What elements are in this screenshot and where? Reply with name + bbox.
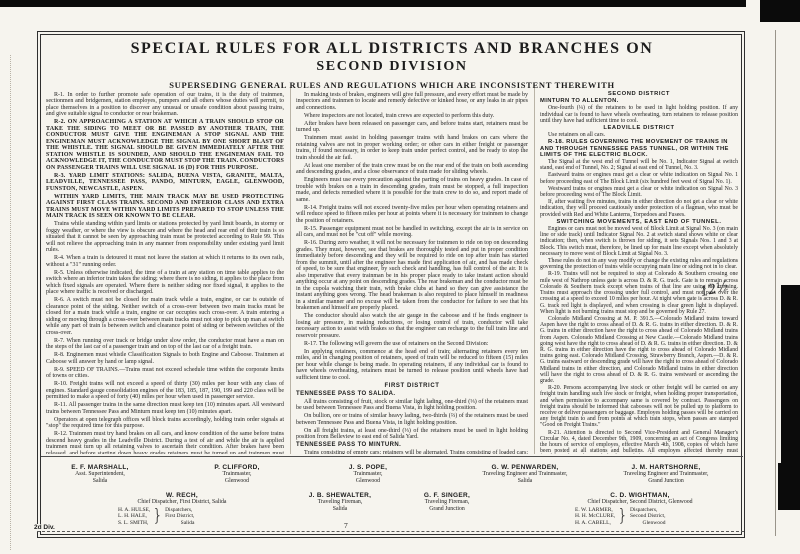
scan-artifact-top-bar — [0, 0, 746, 7]
segment-subheading: TENNESSEE PASS TO MINTURN. — [296, 442, 528, 449]
signature-name: E. F. MARSHALL, — [71, 464, 129, 471]
dispatcher-group-location: Salida — [165, 520, 194, 526]
rule-paragraph: R-1. In order to further promote safe op… — [46, 92, 284, 118]
signature-name: J. B. SHEWALTER, — [309, 492, 371, 499]
signature-location: Salida — [309, 506, 371, 513]
signature-title: Chief Dispatcher, First District, Salida — [138, 499, 227, 506]
rule-paragraph: In applying retainers, commence at the h… — [296, 349, 528, 382]
column-right: SECOND DISTRICT MINTURN TO ALLENTON. One… — [540, 90, 738, 454]
column-divider-left — [290, 88, 291, 454]
signature-name: P. CLIFFORD, — [214, 464, 259, 471]
rule-paragraph: R-6. A switch must not be closed for mai… — [46, 297, 284, 336]
signature-name: C. D. WIGHTMAN, — [587, 492, 692, 499]
signature-block: E. F. MARSHALL, Asst. Superintendent, Sa… — [71, 464, 129, 485]
signature-name: G. W. PENWARDEN, — [483, 464, 568, 471]
rule-paragraph: Engineers must use every precaution agai… — [296, 177, 528, 203]
rule-paragraph: R-4. When a train is detoured it must no… — [46, 255, 284, 268]
dispatcher-group-label: First District, — [165, 513, 194, 519]
dispatcher-name: S. L. SMITH, — [118, 520, 150, 526]
signature-location: Salida — [71, 478, 129, 485]
rule-paragraph: R-10. Freight trains will not exceed a s… — [46, 381, 284, 401]
scan-artifact-corner-blob — [760, 0, 800, 22]
rule-paragraph: R-8. Enginemen must whistle Classificati… — [46, 352, 284, 365]
rule-paragraph: R-16. During zero weather, it will not b… — [296, 240, 528, 312]
signature-block: W. RECH, Chief Dispatcher, First Distric… — [138, 492, 227, 506]
scan-left-dotted-line — [10, 55, 11, 550]
rule-paragraph: One-fourth (¼) of the retainers to be us… — [540, 105, 738, 124]
brace-glyph: } — [152, 513, 163, 519]
signature-location: Grand Junction — [424, 506, 470, 513]
rule-paragraph: R-21. Attention is directed to Second Vi… — [540, 430, 738, 454]
signature-location: Salida — [483, 478, 568, 485]
rule-paragraph: On all freight trains, at least one-thir… — [296, 428, 528, 441]
brace-glyph: } — [617, 513, 628, 519]
page-subtitle: SUPERSEDING GENERAL RULES AND REGULATION… — [41, 80, 743, 90]
signature-divider-rule — [41, 456, 743, 457]
district-heading: FIRST DISTRICT — [296, 383, 528, 390]
column-divider-right — [534, 88, 535, 454]
signature-block: J. M. HARTSHORNE, Traveling Engineer and… — [624, 464, 709, 485]
rule-paragraph: R-7. When running over track or bridge u… — [46, 338, 284, 351]
signature-name: J. M. HARTSHORNE, — [624, 464, 709, 471]
dispatcher-group-location: Glenwood — [630, 520, 665, 526]
rule-paragraph: Trains consisting of empty cars; retaine… — [296, 450, 528, 454]
signature-block: G. F. SINGER, Traveling Fireman, Grand J… — [424, 492, 470, 513]
district-heading: LEADVILLE DISTRICT — [540, 125, 738, 131]
rule-paragraph: R-5. Unless otherwise indicated, the tim… — [46, 270, 284, 296]
rule-paragraph: R-11. All passenger trains in the same d… — [46, 402, 284, 415]
signature-title: Traveling Fireman, — [424, 499, 470, 506]
rule-paragraph: If, after waiting five minutes, trains i… — [540, 199, 738, 218]
rule-paragraph: Trains while standing within yard limits… — [46, 221, 284, 254]
rule-paragraph: Where inspectors are not located, train … — [296, 113, 528, 120]
signature-block: J. S. POPE, Trainmaster, Glenwood — [349, 464, 387, 485]
dispatcher-name: H. A. CABELL, — [575, 520, 615, 526]
scan-edge-line — [775, 30, 776, 536]
signature-name: G. F. SINGER, — [424, 492, 470, 499]
signature-title: Traveling Engineer and Trainmaster, — [483, 471, 568, 478]
rule-paragraph-caps: WITHIN YARD LIMITS, THE MAIN TRACK MAY B… — [46, 194, 284, 220]
rule-paragraph: R-15. Passenger equipment must not be ha… — [296, 226, 528, 239]
rule-paragraph: Westward trains or engines must get a cl… — [540, 186, 738, 198]
rule-paragraph: R-20. Persons accompanying live stock or… — [540, 385, 738, 428]
signature-block: C. D. WIGHTMAN, Chief Dispatcher, Second… — [587, 492, 692, 506]
signature-location: Glenwood — [214, 478, 259, 485]
signature-title: Chief Dispatcher, Second District, Glenw… — [587, 499, 692, 506]
rule-paragraph-caps: R-2. ON APPROACHING A STATION AT WHICH A… — [46, 119, 284, 171]
signature-location: Grand Junction — [624, 478, 709, 485]
signature-location: Glenwood — [349, 478, 387, 485]
rule-paragraph: Operators at open telegraph offices will… — [46, 417, 284, 430]
district-heading: SECOND DISTRICT — [540, 91, 738, 97]
signature-title: Traveling Engineer and Trainmaster, — [624, 471, 709, 478]
rule-paragraph: R-19. Trains will not be required to sto… — [540, 271, 738, 314]
dispatcher-name: L. H. HALE, — [118, 513, 150, 519]
rule-paragraph: Eastward trains or engines must get a cl… — [540, 172, 738, 184]
rule-paragraph: All trains consisting of fruit, stock or… — [296, 399, 528, 412]
signature-title: Trainmaster, — [349, 471, 387, 478]
page-title-line1: SPECIAL RULES FOR ALL DISTRICTS AND BRAN… — [41, 40, 743, 58]
footer-dashed-rule — [37, 531, 744, 532]
rule-paragraph: These rules do not in any way modify or … — [540, 258, 738, 270]
rule-paragraph: Trainmen must assist in holding passenge… — [296, 135, 528, 161]
rule-paragraph: At least one member of the train crew mu… — [296, 163, 528, 176]
page-title-line2: SECOND DIVISION — [41, 59, 743, 75]
segment-subheading: TENNESSEE PASS TO SALIDA. — [296, 391, 528, 398]
rule-paragraph: In making tests of brakes, engineers wil… — [296, 92, 528, 112]
rule-paragraph: After brakes have been released on passe… — [296, 121, 528, 134]
signature-name: W. RECH, — [138, 492, 227, 499]
dispatcher-group-label: Second District, — [630, 513, 665, 519]
column-left: R-1. In order to further promote safe op… — [46, 90, 284, 454]
rule-paragraph: The Signal at the west end of Tunnel wil… — [540, 159, 738, 171]
dispatchers-group-second-district: E. W. LARMER, H. H. McCLURE, H. A. CABEL… — [575, 507, 665, 526]
rule-paragraph-caps: R-3. YARD LIMIT STATIONS: SALIDA, BUENA … — [46, 173, 284, 193]
signature-name: J. S. POPE, — [349, 464, 387, 471]
scan-artifact-right-blob — [778, 463, 800, 510]
dispatchers-group-first-district: H. A. HULSE, L. H. HALE, S. L. SMITH, } … — [118, 507, 194, 526]
rule-heading: R-18. RULES GOVERNING THE MOVEMENT OF TR… — [540, 139, 738, 158]
signature-block: P. CLIFFORD, Trainmaster, Glenwood — [214, 464, 259, 485]
section-subheading: SWITCHING MOVEMENTS, EAST END OF TUNNEL. — [540, 219, 738, 225]
rule-paragraph: Use retainers on all cars. — [540, 132, 738, 138]
signature-title: Asst. Superintendent, — [71, 471, 129, 478]
column-middle: In making tests of brakes, engineers wil… — [296, 90, 528, 454]
dispatcher-name: H. H. McCLURE, — [575, 513, 615, 519]
rule-paragraph: Engines or cars must not be moved west o… — [540, 226, 738, 257]
signature-block: G. W. PENWARDEN, Traveling Engineer and … — [483, 464, 568, 485]
signature-title: Trainmaster, — [214, 471, 259, 478]
signature-title: Traveling Fireman, — [309, 499, 371, 506]
signature-block: J. B. SHEWALTER, Traveling Fireman, Sali… — [309, 492, 371, 513]
rule-paragraph: The conductor should also watch the air … — [296, 313, 528, 339]
segment-subheading: MINTURN TO ALLENTON. — [540, 98, 738, 104]
rule-paragraph: Colorado Midland Crossing at M. P. 391.5… — [540, 316, 738, 384]
footer-page-number: 7 — [340, 521, 352, 530]
footer-division-label: 2d Div. — [31, 524, 58, 531]
rule-paragraph: R-14. Freight trains will not exceed twe… — [296, 205, 528, 225]
rule-paragraph: R-17. The following will govern the use … — [296, 341, 528, 348]
rule-paragraph: On bullion, ore or trains of similar hea… — [296, 413, 528, 426]
rule-paragraph: R-12. Trainmen must try hand brakes on a… — [46, 431, 284, 454]
rule-paragraph: R-9. SPEED OF TRAINS.—Trains must not ex… — [46, 367, 284, 380]
